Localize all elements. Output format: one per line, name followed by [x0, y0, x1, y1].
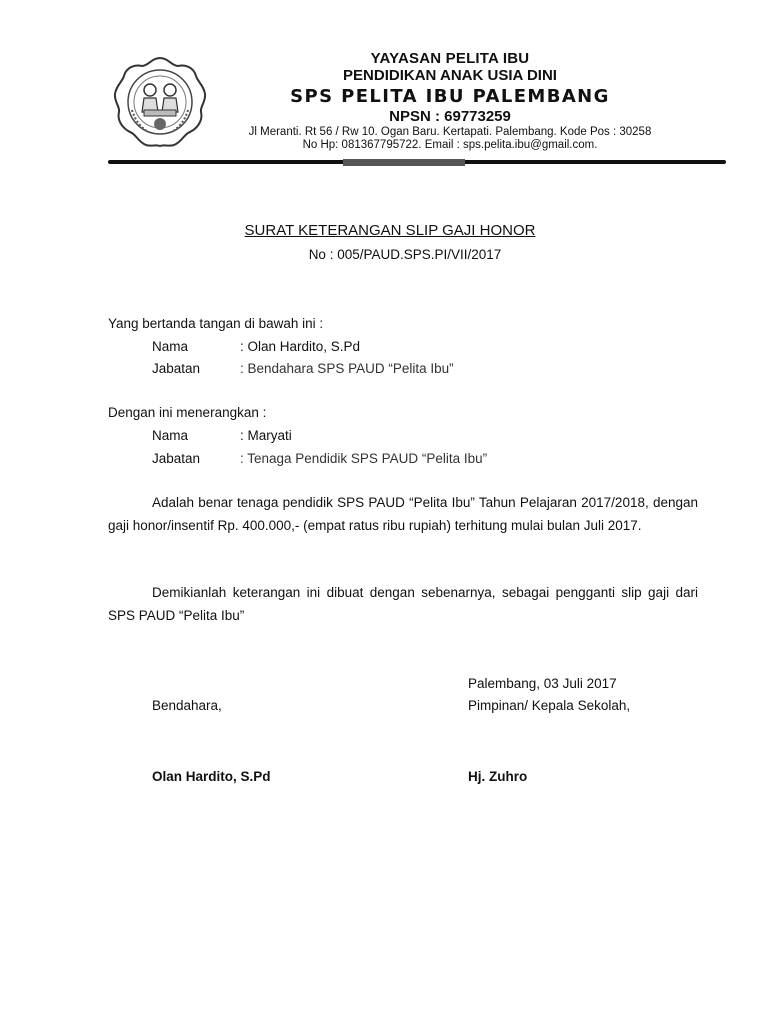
signer-name-label: Nama — [152, 339, 188, 354]
signer-position-value: : Bendahara SPS PAUD “Pelita Ibu” — [240, 361, 454, 376]
closing-paragraph: Demikianlah keterangan ini dibuat dengan… — [108, 581, 698, 627]
signer-name-value: : Olan Hardito, S.Pd — [240, 339, 360, 354]
letter-number: No : 005/PAUD.SPS.PI/VII/2017 — [100, 247, 710, 262]
school-contact: No Hp: 081367795722. Email : sps.pelita.… — [220, 139, 680, 151]
right-signatory-name: Hj. Zuhro — [468, 769, 527, 784]
right-signatory-role: Pimpinan/ Kepala Sekolah, — [468, 698, 630, 713]
letter-title: SURAT KETERANGAN SLIP GAJI HONOR — [100, 222, 680, 239]
school-emblem-icon — [108, 52, 212, 152]
subject-intro: Dengan ini menerangkan : — [108, 405, 266, 420]
subject-position-label: Jabatan — [152, 451, 200, 466]
divider-stamp-mark — [343, 159, 465, 166]
institution-type: PENDIDIKAN ANAK USIA DINI — [220, 67, 680, 84]
left-signatory-name: Olan Hardito, S.Pd — [152, 769, 271, 784]
place-date: Palembang, 03 Juli 2017 — [468, 676, 617, 691]
signer-position-label: Jabatan — [152, 361, 200, 376]
foundation-name: YAYASAN PELITA IBU — [220, 50, 680, 67]
subject-name-label: Nama — [152, 428, 188, 443]
signer-intro: Yang bertanda tangan di bawah ini : — [108, 316, 323, 331]
subject-name-value: : Maryati — [240, 428, 292, 443]
school-name: SPS PELITA IBU PALEMBANG — [220, 86, 680, 107]
left-signatory-role: Bendahara, — [152, 698, 222, 713]
npsn: NPSN : 69773259 — [220, 108, 680, 125]
statement-paragraph: Adalah benar tenaga pendidik SPS PAUD “P… — [108, 491, 698, 537]
subject-position-value: : Tenaga Pendidik SPS PAUD “Pelita Ibu” — [240, 451, 487, 466]
school-address: Jl Meranti. Rt 56 / Rw 10. Ogan Baru. Ke… — [220, 126, 680, 138]
